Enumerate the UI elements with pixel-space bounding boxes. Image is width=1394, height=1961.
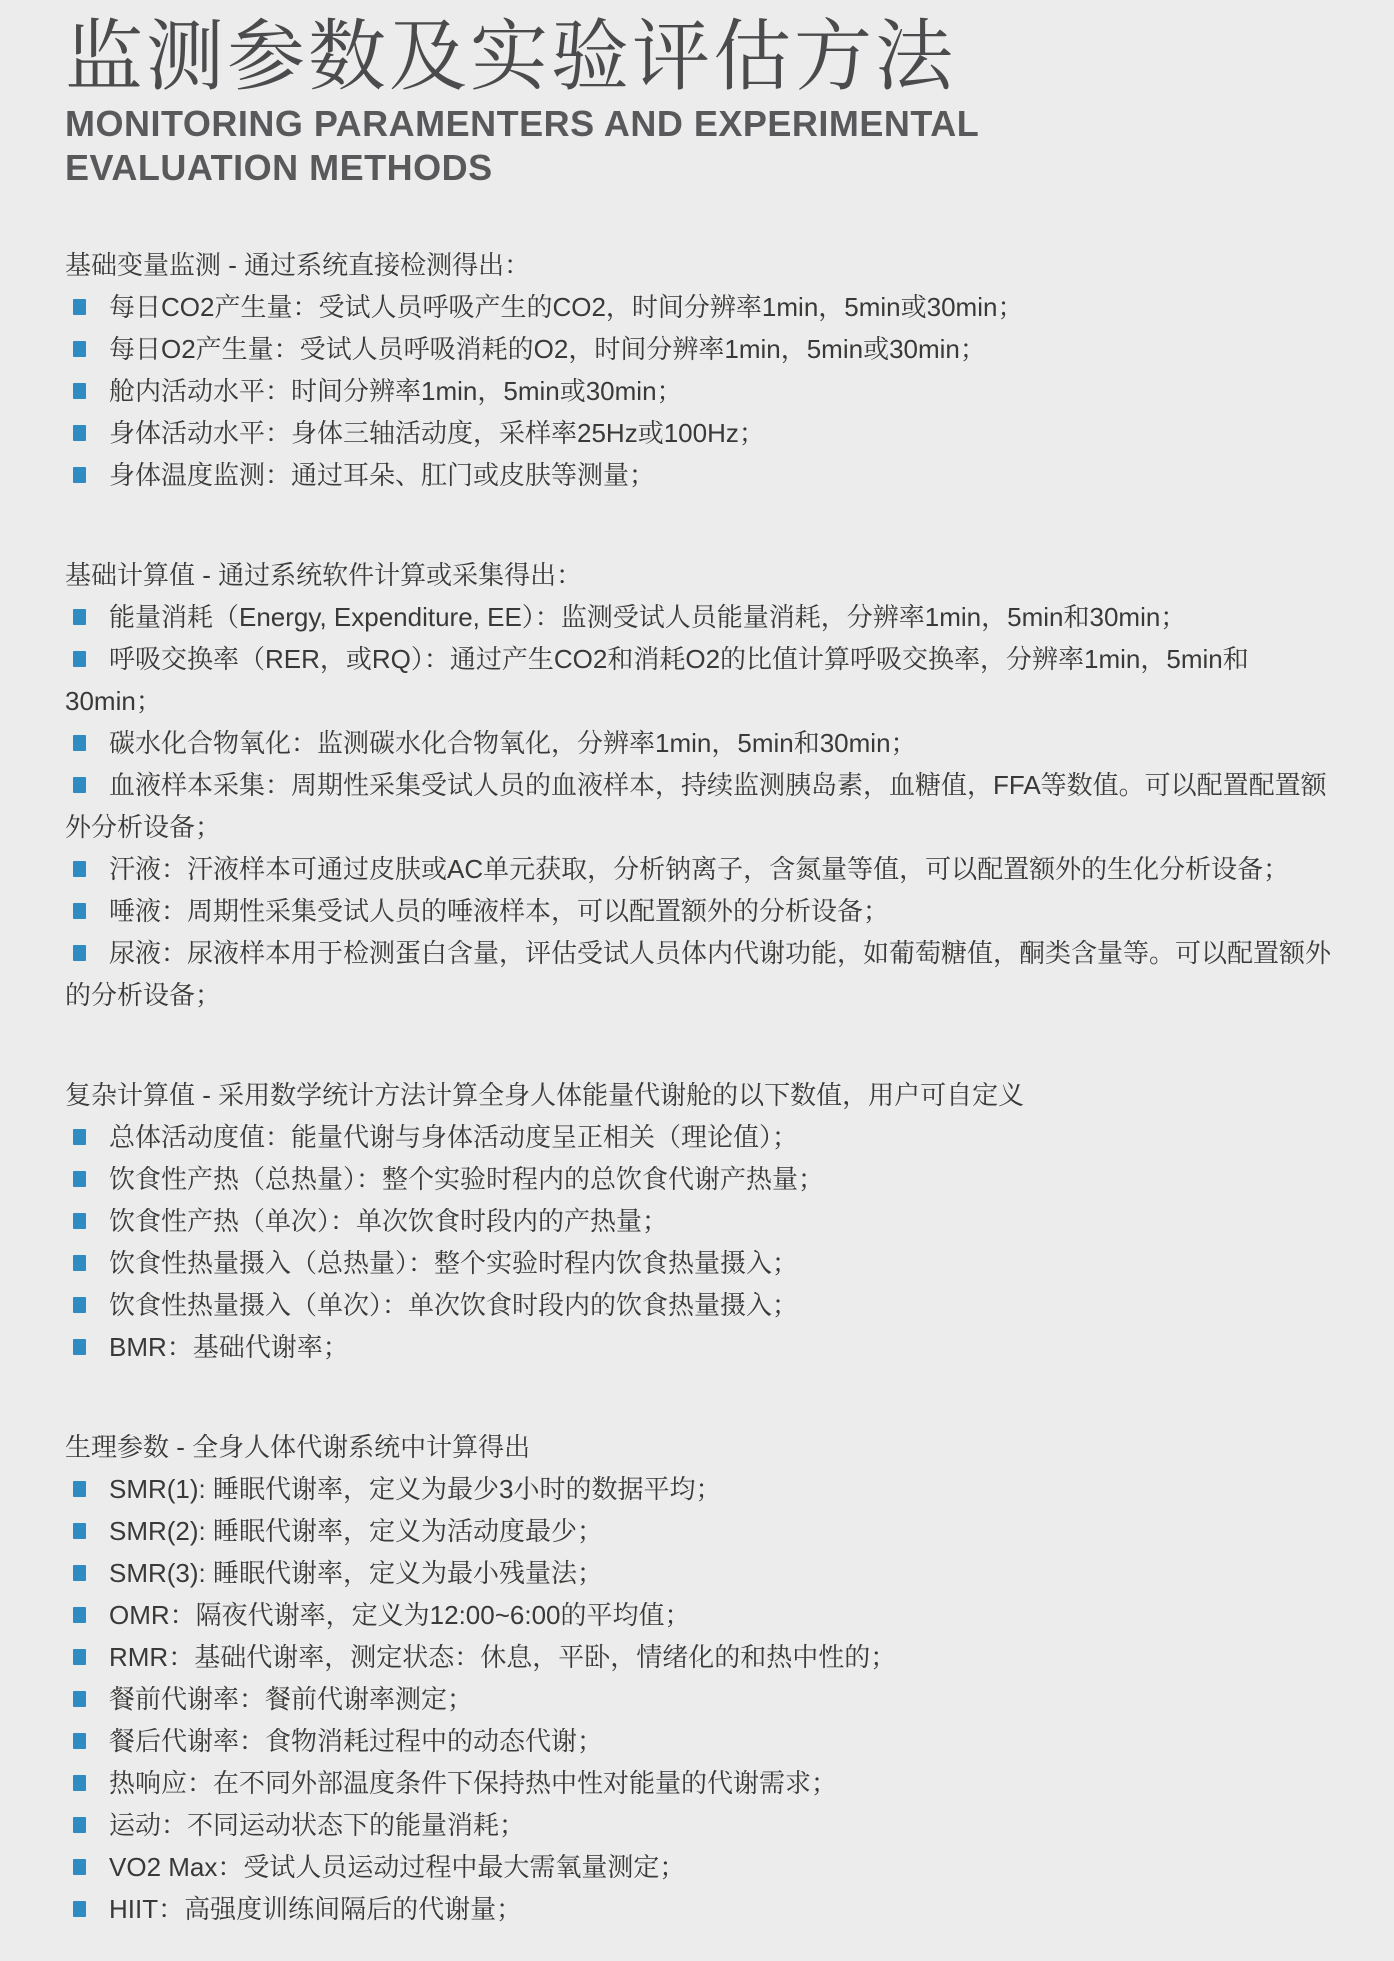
bullet-square-icon <box>73 1297 86 1313</box>
list-item: 能量消耗（Energy, Expenditure, EE）：监测受试人员能量消耗… <box>65 596 1336 638</box>
list-item-text: 饮食性热量摄入（单次）：单次饮食时段内的饮食热量摄入； <box>109 1290 798 1320</box>
list-item-text: 热响应：在不同外部温度条件下保持热中性对能量的代谢需求； <box>109 1768 837 1798</box>
list-item: SMR(2): 睡眠代谢率，定义为活动度最少； <box>65 1510 1336 1552</box>
bullet-square-icon <box>73 1607 86 1623</box>
list-item-text: VO2 Max：受试人员运动过程中最大需氧量测定； <box>109 1852 685 1882</box>
page-title-chinese: 监测参数及实验评估方法 <box>65 14 1336 98</box>
list-item: SMR(1): 睡眠代谢率，定义为最少3小时的数据平均； <box>65 1468 1336 1510</box>
list-item-text: SMR(2): 睡眠代谢率，定义为活动度最少； <box>109 1516 603 1546</box>
list-item: 饮食性产热（单次）：单次饮食时段内的产热量； <box>65 1200 1336 1242</box>
bullet-square-icon <box>73 945 86 961</box>
section: 生理参数 - 全身人体代谢系统中计算得出 SMR(1): 睡眠代谢率，定义为最少… <box>65 1426 1336 1930</box>
list-item-text: 餐前代谢率：餐前代谢率测定； <box>109 1684 473 1714</box>
list-item: 舱内活动水平：时间分辨率1min，5min或30min； <box>65 370 1336 412</box>
list-item-text: 呼吸交换率（RER，或RQ）：通过产生CO2和消耗O2的比值计算呼吸交换率，分辨… <box>65 644 1249 716</box>
list-item: 尿液：尿液样本用于检测蛋白含量，评估受试人员体内代谢功能，如葡萄糖值，酮类含量等… <box>65 932 1336 1016</box>
list-item-text: RMR：基础代谢率，测定状态：休息，平卧，情绪化的和热中性的； <box>109 1642 896 1672</box>
bullet-square-icon <box>73 1775 86 1791</box>
bullet-square-icon <box>73 1171 86 1187</box>
list-item: 碳水化合物氧化：监测碳水化合物氧化，分辨率1min，5min和30min； <box>65 722 1336 764</box>
list-item-text: 尿液：尿液样本用于检测蛋白含量，评估受试人员体内代谢功能，如葡萄糖值，酮类含量等… <box>65 938 1331 1010</box>
bullet-square-icon <box>73 299 86 315</box>
list-item: 总体活动度值：能量代谢与身体活动度呈正相关（理论值）； <box>65 1116 1336 1158</box>
list-item: HIIT：高强度训练间隔后的代谢量； <box>65 1888 1336 1930</box>
list-item: 唾液：周期性采集受试人员的唾液样本，可以配置额外的分析设备； <box>65 890 1336 932</box>
section: 基础变量监测 - 通过系统直接检测得出： 每日CO2产生量：受试人员呼吸产生的C… <box>65 244 1336 496</box>
list-item-text: 汗液：汗液样本可通过皮肤或AC单元获取，分析钠离子，含氮量等值，可以配置额外的生… <box>109 854 1289 884</box>
bullet-square-icon <box>73 651 86 667</box>
list-item-text: 能量消耗（Energy, Expenditure, EE）：监测受试人员能量消耗… <box>109 602 1186 632</box>
list-item-text: OMR：隔夜代谢率，定义为12:00~6:00的平均值； <box>109 1600 691 1630</box>
section-items: 能量消耗（Energy, Expenditure, EE）：监测受试人员能量消耗… <box>65 596 1336 1016</box>
bullet-square-icon <box>73 1255 86 1271</box>
list-item: 汗液：汗液样本可通过皮肤或AC单元获取，分析钠离子，含氮量等值，可以配置额外的生… <box>65 848 1336 890</box>
section-heading: 复杂计算值 - 采用数学统计方法计算全身人体能量代谢舱的以下数值，用户可自定义 <box>65 1074 1336 1116</box>
bullet-square-icon <box>73 383 86 399</box>
bullet-square-icon <box>73 1481 86 1497</box>
list-item-text: 每日O2产生量：受试人员呼吸消耗的O2，时间分辨率1min，5min或30min… <box>109 334 986 364</box>
list-item: OMR：隔夜代谢率，定义为12:00~6:00的平均值； <box>65 1594 1336 1636</box>
bullet-square-icon <box>73 903 86 919</box>
bullet-square-icon <box>73 425 86 441</box>
section-heading: 生理参数 - 全身人体代谢系统中计算得出 <box>65 1426 1336 1468</box>
bullet-square-icon <box>73 1339 86 1355</box>
list-item: 身体温度监测：通过耳朵、肛门或皮肤等测量； <box>65 454 1336 496</box>
bullet-square-icon <box>73 1565 86 1581</box>
bullet-square-icon <box>73 1129 86 1145</box>
list-item-text: BMR：基础代谢率； <box>109 1332 349 1362</box>
list-item-text: 身体温度监测：通过耳朵、肛门或皮肤等测量； <box>109 460 655 490</box>
bullet-square-icon <box>73 1649 86 1665</box>
list-item: SMR(3): 睡眠代谢率，定义为最小残量法； <box>65 1552 1336 1594</box>
page-header: 监测参数及实验评估方法 MONITORING PARAMENTERS AND E… <box>65 14 1336 190</box>
list-item: 饮食性热量摄入（总热量）：整个实验时程内饮食热量摄入； <box>65 1242 1336 1284</box>
bullet-square-icon <box>73 341 86 357</box>
section-items: 每日CO2产生量：受试人员呼吸产生的CO2，时间分辨率1min，5min或30m… <box>65 286 1336 496</box>
list-item-text: 运动：不同运动状态下的能量消耗； <box>109 1810 525 1840</box>
list-item: 每日CO2产生量：受试人员呼吸产生的CO2，时间分辨率1min，5min或30m… <box>65 286 1336 328</box>
list-item-text: 血液样本采集：周期性采集受试人员的血液样本，持续监测胰岛素，血糖值，FFA等数值… <box>65 770 1327 842</box>
page-title-english: MONITORING PARAMENTERS AND EXPERIMENTAL … <box>65 102 1080 190</box>
list-item-text: SMR(3): 睡眠代谢率，定义为最小残量法； <box>109 1558 603 1588</box>
list-item: 身体活动水平：身体三轴活动度，采样率25Hz或100Hz； <box>65 412 1336 454</box>
list-item: 饮食性产热（总热量）：整个实验时程内的总饮食代谢产热量； <box>65 1158 1336 1200</box>
list-item: 呼吸交换率（RER，或RQ）：通过产生CO2和消耗O2的比值计算呼吸交换率，分辨… <box>65 638 1336 722</box>
bullet-square-icon <box>73 1817 86 1833</box>
section: 基础计算值 - 通过系统软件计算或采集得出： 能量消耗（Energy, Expe… <box>65 554 1336 1016</box>
section-heading: 基础计算值 - 通过系统软件计算或采集得出： <box>65 554 1336 596</box>
list-item-text: 饮食性产热（总热量）：整个实验时程内的总饮食代谢产热量； <box>109 1164 824 1194</box>
bullet-square-icon <box>73 467 86 483</box>
list-item-text: 碳水化合物氧化：监测碳水化合物氧化，分辨率1min，5min和30min； <box>109 728 917 758</box>
list-item-text: SMR(1): 睡眠代谢率，定义为最少3小时的数据平均； <box>109 1474 721 1504</box>
list-item: BMR：基础代谢率； <box>65 1326 1336 1368</box>
list-item: 餐前代谢率：餐前代谢率测定； <box>65 1678 1336 1720</box>
list-item: VO2 Max：受试人员运动过程中最大需氧量测定； <box>65 1846 1336 1888</box>
bullet-square-icon <box>73 861 86 877</box>
section: 复杂计算值 - 采用数学统计方法计算全身人体能量代谢舱的以下数值，用户可自定义 … <box>65 1074 1336 1368</box>
list-item: 热响应：在不同外部温度条件下保持热中性对能量的代谢需求； <box>65 1762 1336 1804</box>
list-item-text: 总体活动度值：能量代谢与身体活动度呈正相关（理论值）； <box>109 1122 798 1152</box>
list-item-text: 每日CO2产生量：受试人员呼吸产生的CO2，时间分辨率1min，5min或30m… <box>109 292 1023 322</box>
list-item-text: 舱内活动水平：时间分辨率1min，5min或30min； <box>109 376 683 406</box>
bullet-square-icon <box>73 777 86 793</box>
list-item: 血液样本采集：周期性采集受试人员的血液样本，持续监测胰岛素，血糖值，FFA等数值… <box>65 764 1336 848</box>
bullet-square-icon <box>73 1733 86 1749</box>
list-item-text: 饮食性产热（单次）：单次饮食时段内的产热量； <box>109 1206 668 1236</box>
document-page: 监测参数及实验评估方法 MONITORING PARAMENTERS AND E… <box>0 0 1394 1930</box>
section-items: SMR(1): 睡眠代谢率，定义为最少3小时的数据平均； SMR(2): 睡眠代… <box>65 1468 1336 1930</box>
sections: 基础变量监测 - 通过系统直接检测得出： 每日CO2产生量：受试人员呼吸产生的C… <box>65 244 1336 1930</box>
list-item: RMR：基础代谢率，测定状态：休息，平卧，情绪化的和热中性的； <box>65 1636 1336 1678</box>
bullet-square-icon <box>73 1901 86 1917</box>
bullet-square-icon <box>73 609 86 625</box>
list-item-text: 身体活动水平：身体三轴活动度，采样率25Hz或100Hz； <box>109 418 765 448</box>
list-item-text: 饮食性热量摄入（总热量）：整个实验时程内饮食热量摄入； <box>109 1248 798 1278</box>
bullet-square-icon <box>73 1213 86 1229</box>
list-item: 每日O2产生量：受试人员呼吸消耗的O2，时间分辨率1min，5min或30min… <box>65 328 1336 370</box>
list-item-text: HIIT：高强度训练间隔后的代谢量； <box>109 1894 522 1924</box>
bullet-square-icon <box>73 735 86 751</box>
bullet-square-icon <box>73 1859 86 1875</box>
list-item: 运动：不同运动状态下的能量消耗； <box>65 1804 1336 1846</box>
section-items: 总体活动度值：能量代谢与身体活动度呈正相关（理论值）； 饮食性产热（总热量）：整… <box>65 1116 1336 1368</box>
list-item-text: 唾液：周期性采集受试人员的唾液样本，可以配置额外的分析设备； <box>109 896 889 926</box>
section-heading: 基础变量监测 - 通过系统直接检测得出： <box>65 244 1336 286</box>
list-item: 餐后代谢率：食物消耗过程中的动态代谢； <box>65 1720 1336 1762</box>
bullet-square-icon <box>73 1691 86 1707</box>
list-item: 饮食性热量摄入（单次）：单次饮食时段内的饮食热量摄入； <box>65 1284 1336 1326</box>
bullet-square-icon <box>73 1523 86 1539</box>
list-item-text: 餐后代谢率：食物消耗过程中的动态代谢； <box>109 1726 603 1756</box>
